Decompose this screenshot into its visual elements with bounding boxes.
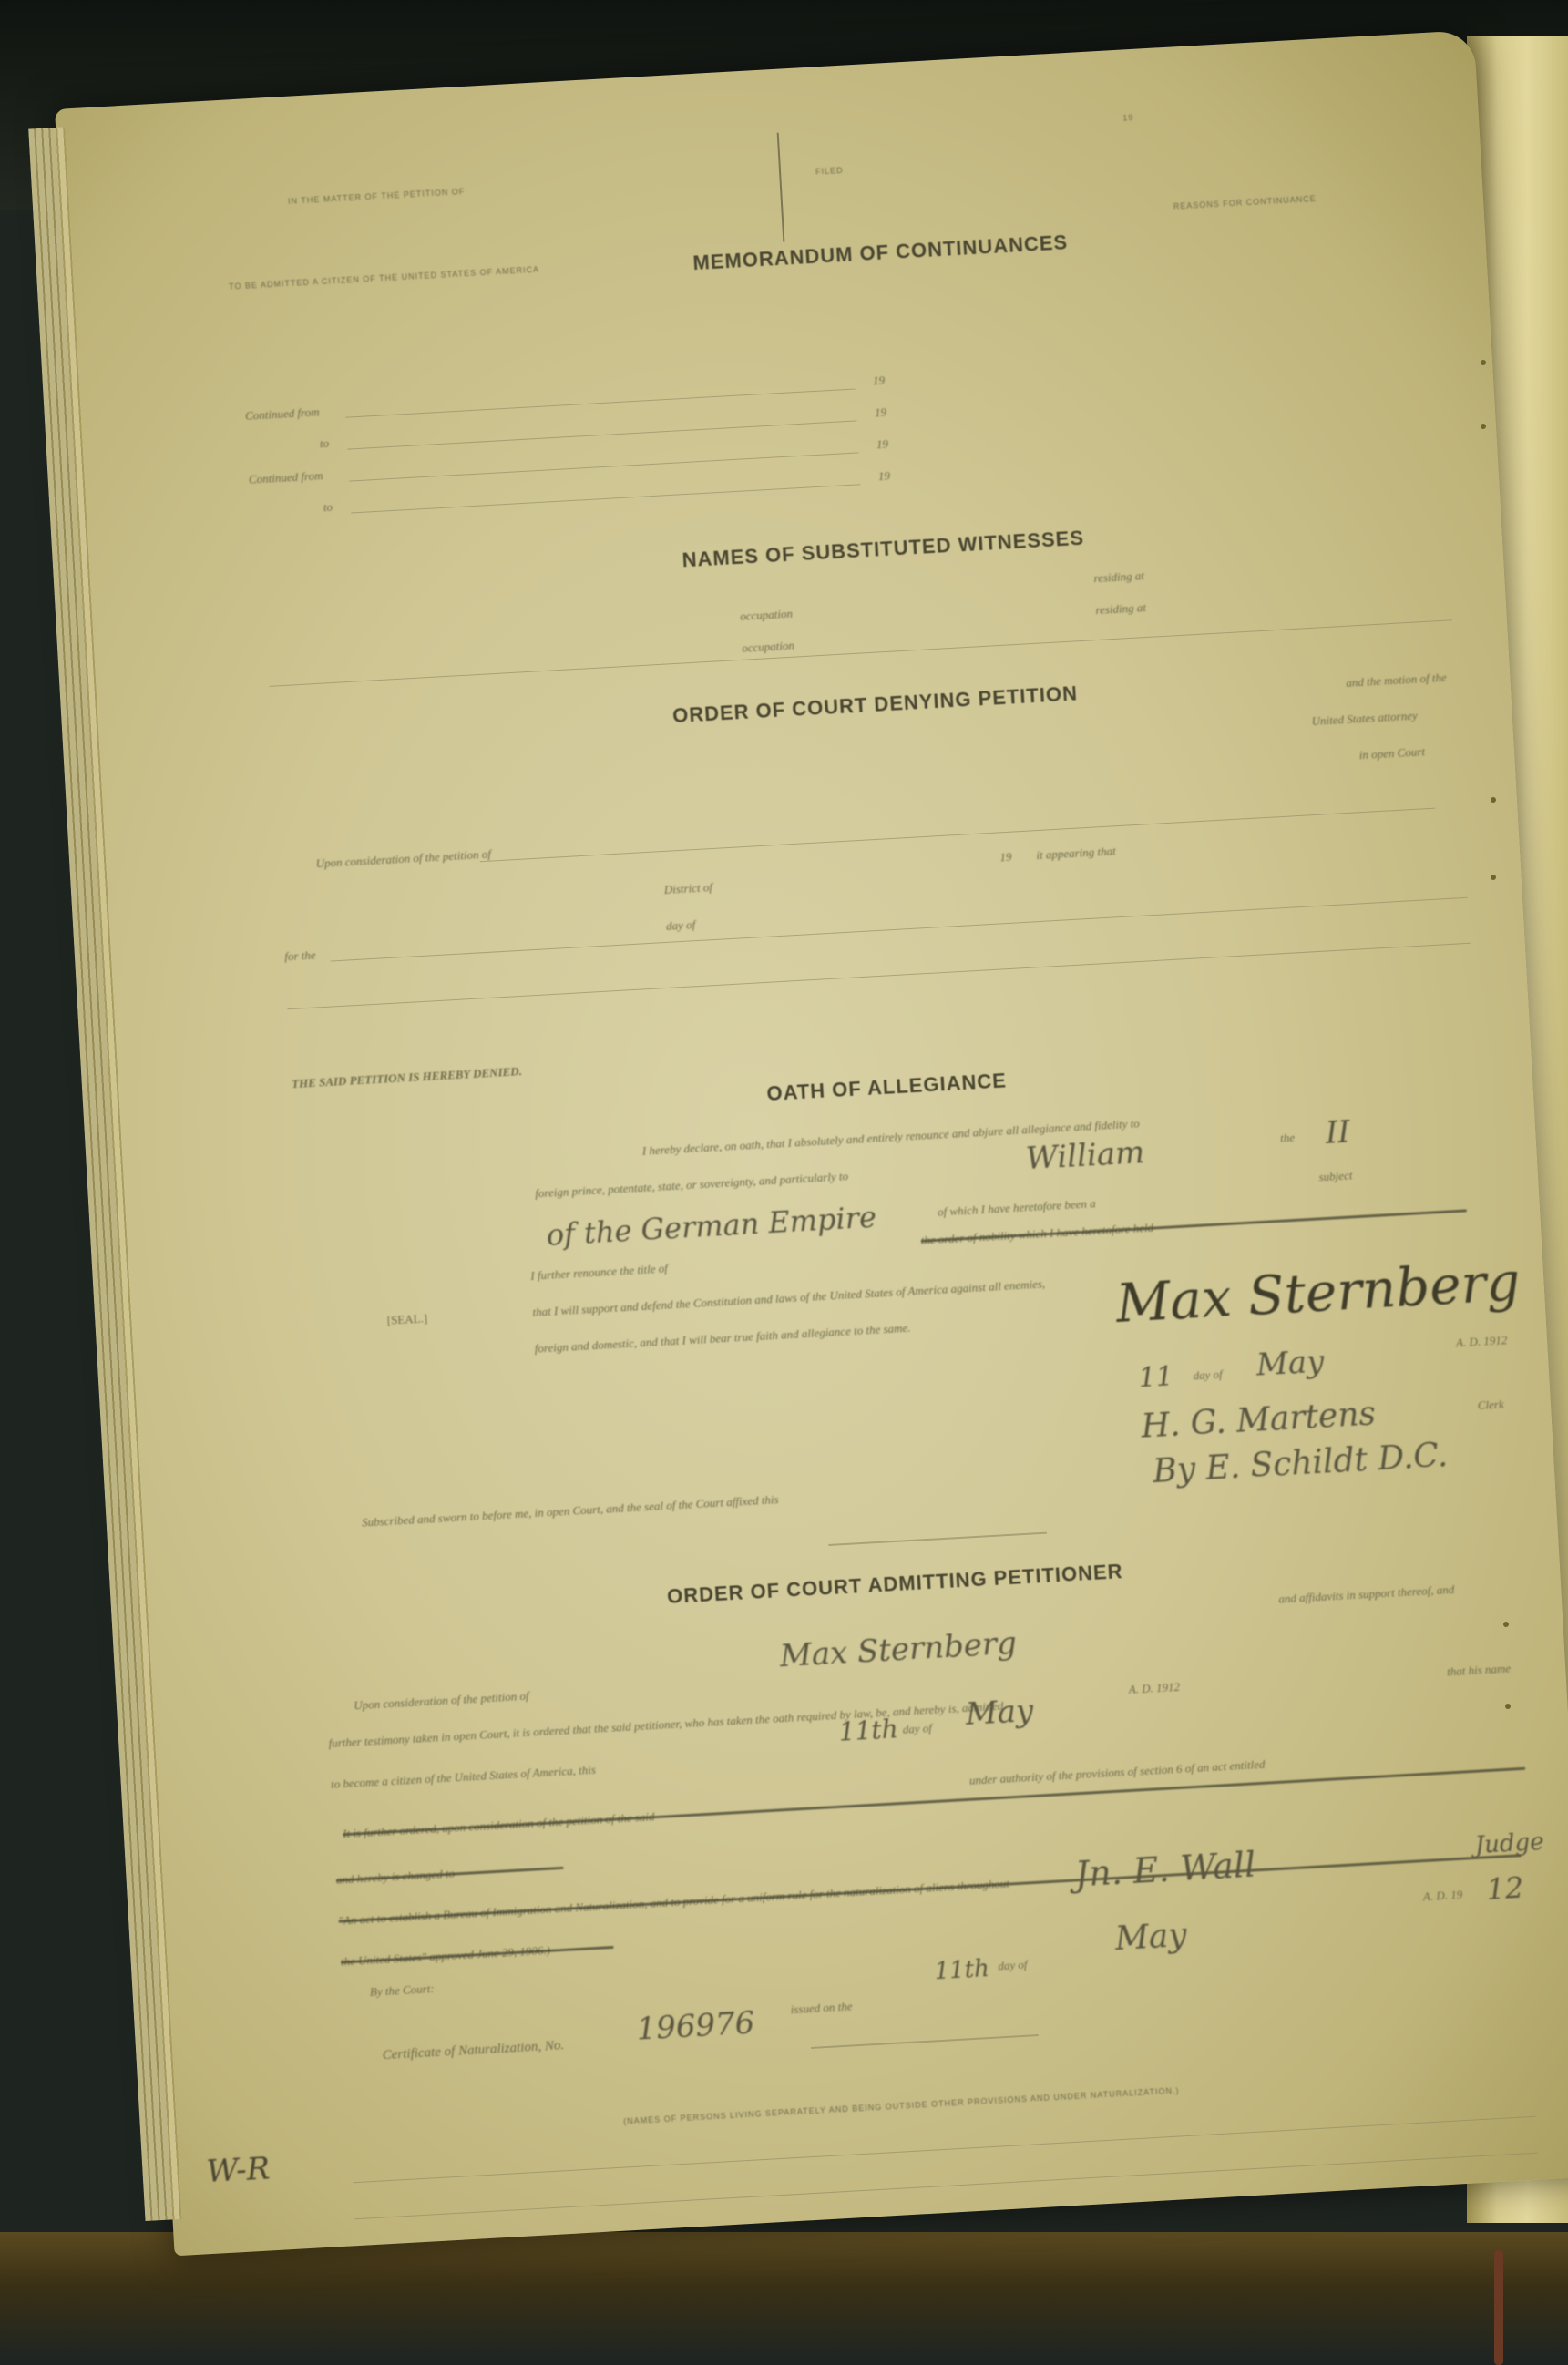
- oath-month-handwritten: May: [1255, 1343, 1325, 1383]
- memo-row-label: to: [320, 436, 330, 452]
- rule-line: [354, 2116, 1536, 2184]
- page-content: IN THE MATTER OF THE PETITION OF FILED 1…: [55, 30, 1568, 2256]
- certificate-label: Certificate of Naturalization, No.: [382, 2038, 564, 2063]
- clerk-label: Clerk: [1477, 1397, 1504, 1413]
- oath-line-6: foreign and domestic, and that I will be…: [534, 1321, 911, 1357]
- admitting-ad-label: A. D. 1912: [1128, 1680, 1180, 1697]
- memo-row-label: to: [323, 500, 333, 516]
- oath-subscribed-text: Subscribed and sworn to before me, in op…: [362, 1492, 779, 1531]
- memo-row-label: Continued from: [245, 404, 320, 424]
- stitch-hole: [1481, 360, 1486, 365]
- memo-line: [347, 420, 856, 449]
- rule-line: [811, 2034, 1039, 2049]
- stitch-hole: [1491, 875, 1496, 880]
- memo-row-suffix: 19: [877, 468, 890, 484]
- witness-occupation-label: occupation: [742, 639, 795, 656]
- denying-attorney-text: United States attorney: [1311, 709, 1418, 729]
- judge-label: Judge: [1474, 1828, 1544, 1859]
- record-page: IN THE MATTER OF THE PETITION OF FILED 1…: [55, 30, 1568, 2256]
- rule-line: [355, 2153, 1538, 2220]
- seal-label: [SEAL.]: [386, 1311, 427, 1327]
- rule-line: [828, 1532, 1047, 1546]
- strikethrough-line: [338, 1854, 1521, 1923]
- header-filed-label: FILED: [815, 166, 844, 177]
- oath-title: OATH OF ALLEGIANCE: [766, 1069, 1008, 1106]
- memo-row-suffix: 19: [875, 405, 887, 421]
- denying-for-label: for the: [284, 947, 316, 964]
- witness-residing-label: residing at: [1095, 600, 1146, 618]
- certificate-number-handwritten: 196976: [636, 2004, 756, 2047]
- oath-sovereign-handwritten: William: [1025, 1134, 1145, 1177]
- header-reasons-label: REASONS FOR CONTINUANCE: [1173, 194, 1317, 211]
- judge-signature: Jn. E. Wall: [1074, 1844, 1257, 1894]
- oath-line-2: foreign prince, potentate, state, or sov…: [535, 1169, 849, 1201]
- denying-year: 19: [999, 850, 1012, 865]
- memo-line: [345, 388, 855, 417]
- witness-occupation-label: occupation: [740, 607, 794, 624]
- certificate-month-handwritten: May: [1114, 1917, 1188, 1958]
- stitch-hole: [1503, 1622, 1509, 1627]
- header-year-suffix: 19: [1122, 113, 1134, 123]
- certificate-day-of-label: day of: [998, 1958, 1028, 1974]
- oath-country-handwritten: of the German Empire: [546, 1200, 877, 1253]
- header-matter-label: IN THE MATTER OF THE PETITION OF: [288, 187, 466, 206]
- denied-statement: THE SAID PETITION IS HEREBY DENIED.: [292, 1064, 523, 1091]
- oath-ad-label: A. D. 1912: [1456, 1333, 1508, 1350]
- memo-line: [349, 452, 858, 481]
- admitting-line-1: Upon consideration of the petition of: [354, 1689, 529, 1714]
- stitch-hole: [1505, 1704, 1511, 1709]
- denying-title: ORDER OF COURT DENYING PETITION: [672, 681, 1079, 728]
- denying-day-label: day of: [666, 917, 696, 934]
- admitting-day-of-label: day of: [902, 1721, 932, 1737]
- oath-subject-label: subject: [1318, 1168, 1353, 1184]
- margin-note-handwritten: W-R: [206, 2150, 272, 2190]
- rule-line: [270, 619, 1452, 687]
- certificate-issued-label: issued on the: [790, 1999, 853, 2017]
- denying-district-label: District of: [663, 880, 712, 897]
- denying-motion-text: and the motion of the: [1346, 671, 1447, 691]
- oath-line-3: of which I have heretofore been a: [938, 1196, 1096, 1220]
- admitting-line-3-right: that his name: [1447, 1661, 1512, 1679]
- petitioner-signature: Max Sternberg: [1114, 1250, 1522, 1335]
- oath-line-5: that I will support and defend the Const…: [532, 1276, 1045, 1319]
- memo-row-suffix: 19: [873, 374, 886, 389]
- header-admitted-label: TO BE ADMITTED A CITIZEN OF THE UNITED S…: [229, 265, 539, 292]
- clerk-signature: H. G. Martens: [1140, 1395, 1376, 1445]
- rule-line: [480, 808, 1435, 863]
- denying-court-text: in open Court: [1358, 744, 1425, 763]
- oath-the-label: the: [1280, 1131, 1296, 1146]
- denying-petition-text: Upon consideration of the petition of: [315, 847, 491, 872]
- admitting-day-handwritten: 11th: [838, 1714, 899, 1747]
- certificate-day-handwritten: 11th: [934, 1955, 990, 1985]
- certificate-footnote: (NAMES OF PERSONS LIVING SEPARATELY AND …: [623, 2085, 1180, 2125]
- memo-line: [351, 484, 860, 513]
- witnesses-title: NAMES OF SUBSTITUTED WITNESSES: [682, 527, 1085, 573]
- header-divider: [777, 133, 785, 242]
- admitting-line-1-right: and affidavits in support thereof, and: [1278, 1582, 1455, 1607]
- memorandum-title: MEMORANDUM OF CONTINUANCES: [692, 230, 1069, 275]
- witness-residing-label: residing at: [1093, 568, 1144, 586]
- stitch-hole: [1481, 424, 1486, 429]
- oath-day-of-label: day of: [1193, 1367, 1223, 1384]
- admitting-month-handwritten: May: [965, 1693, 1034, 1733]
- oath-line-4: I further renounce the title of: [530, 1261, 668, 1283]
- memo-row-suffix: 19: [876, 437, 889, 453]
- certificate-ad-label: A. D. 19: [1422, 1888, 1462, 1904]
- memo-row-label: Continued from: [249, 468, 323, 487]
- admitting-petitioner-handwritten: Max Sternberg: [779, 1625, 1018, 1674]
- by-the-court-label: By the Court:: [369, 1981, 435, 2000]
- admitting-title: ORDER OF COURT ADMITTING PETITIONER: [666, 1560, 1123, 1609]
- denying-appearing-text: it appearing that: [1036, 844, 1116, 863]
- oath-day-handwritten: 11: [1138, 1361, 1174, 1395]
- admitting-line-3: to become a citizen of the United States…: [331, 1763, 597, 1792]
- deputy-clerk-signature: By E. Schildt D.C.: [1152, 1437, 1449, 1490]
- certificate-year-handwritten: 12: [1485, 1870, 1524, 1907]
- oath-numeral-handwritten: II: [1325, 1113, 1351, 1151]
- bookmark-ribbon: [1494, 2250, 1503, 2365]
- stitch-hole: [1491, 797, 1496, 803]
